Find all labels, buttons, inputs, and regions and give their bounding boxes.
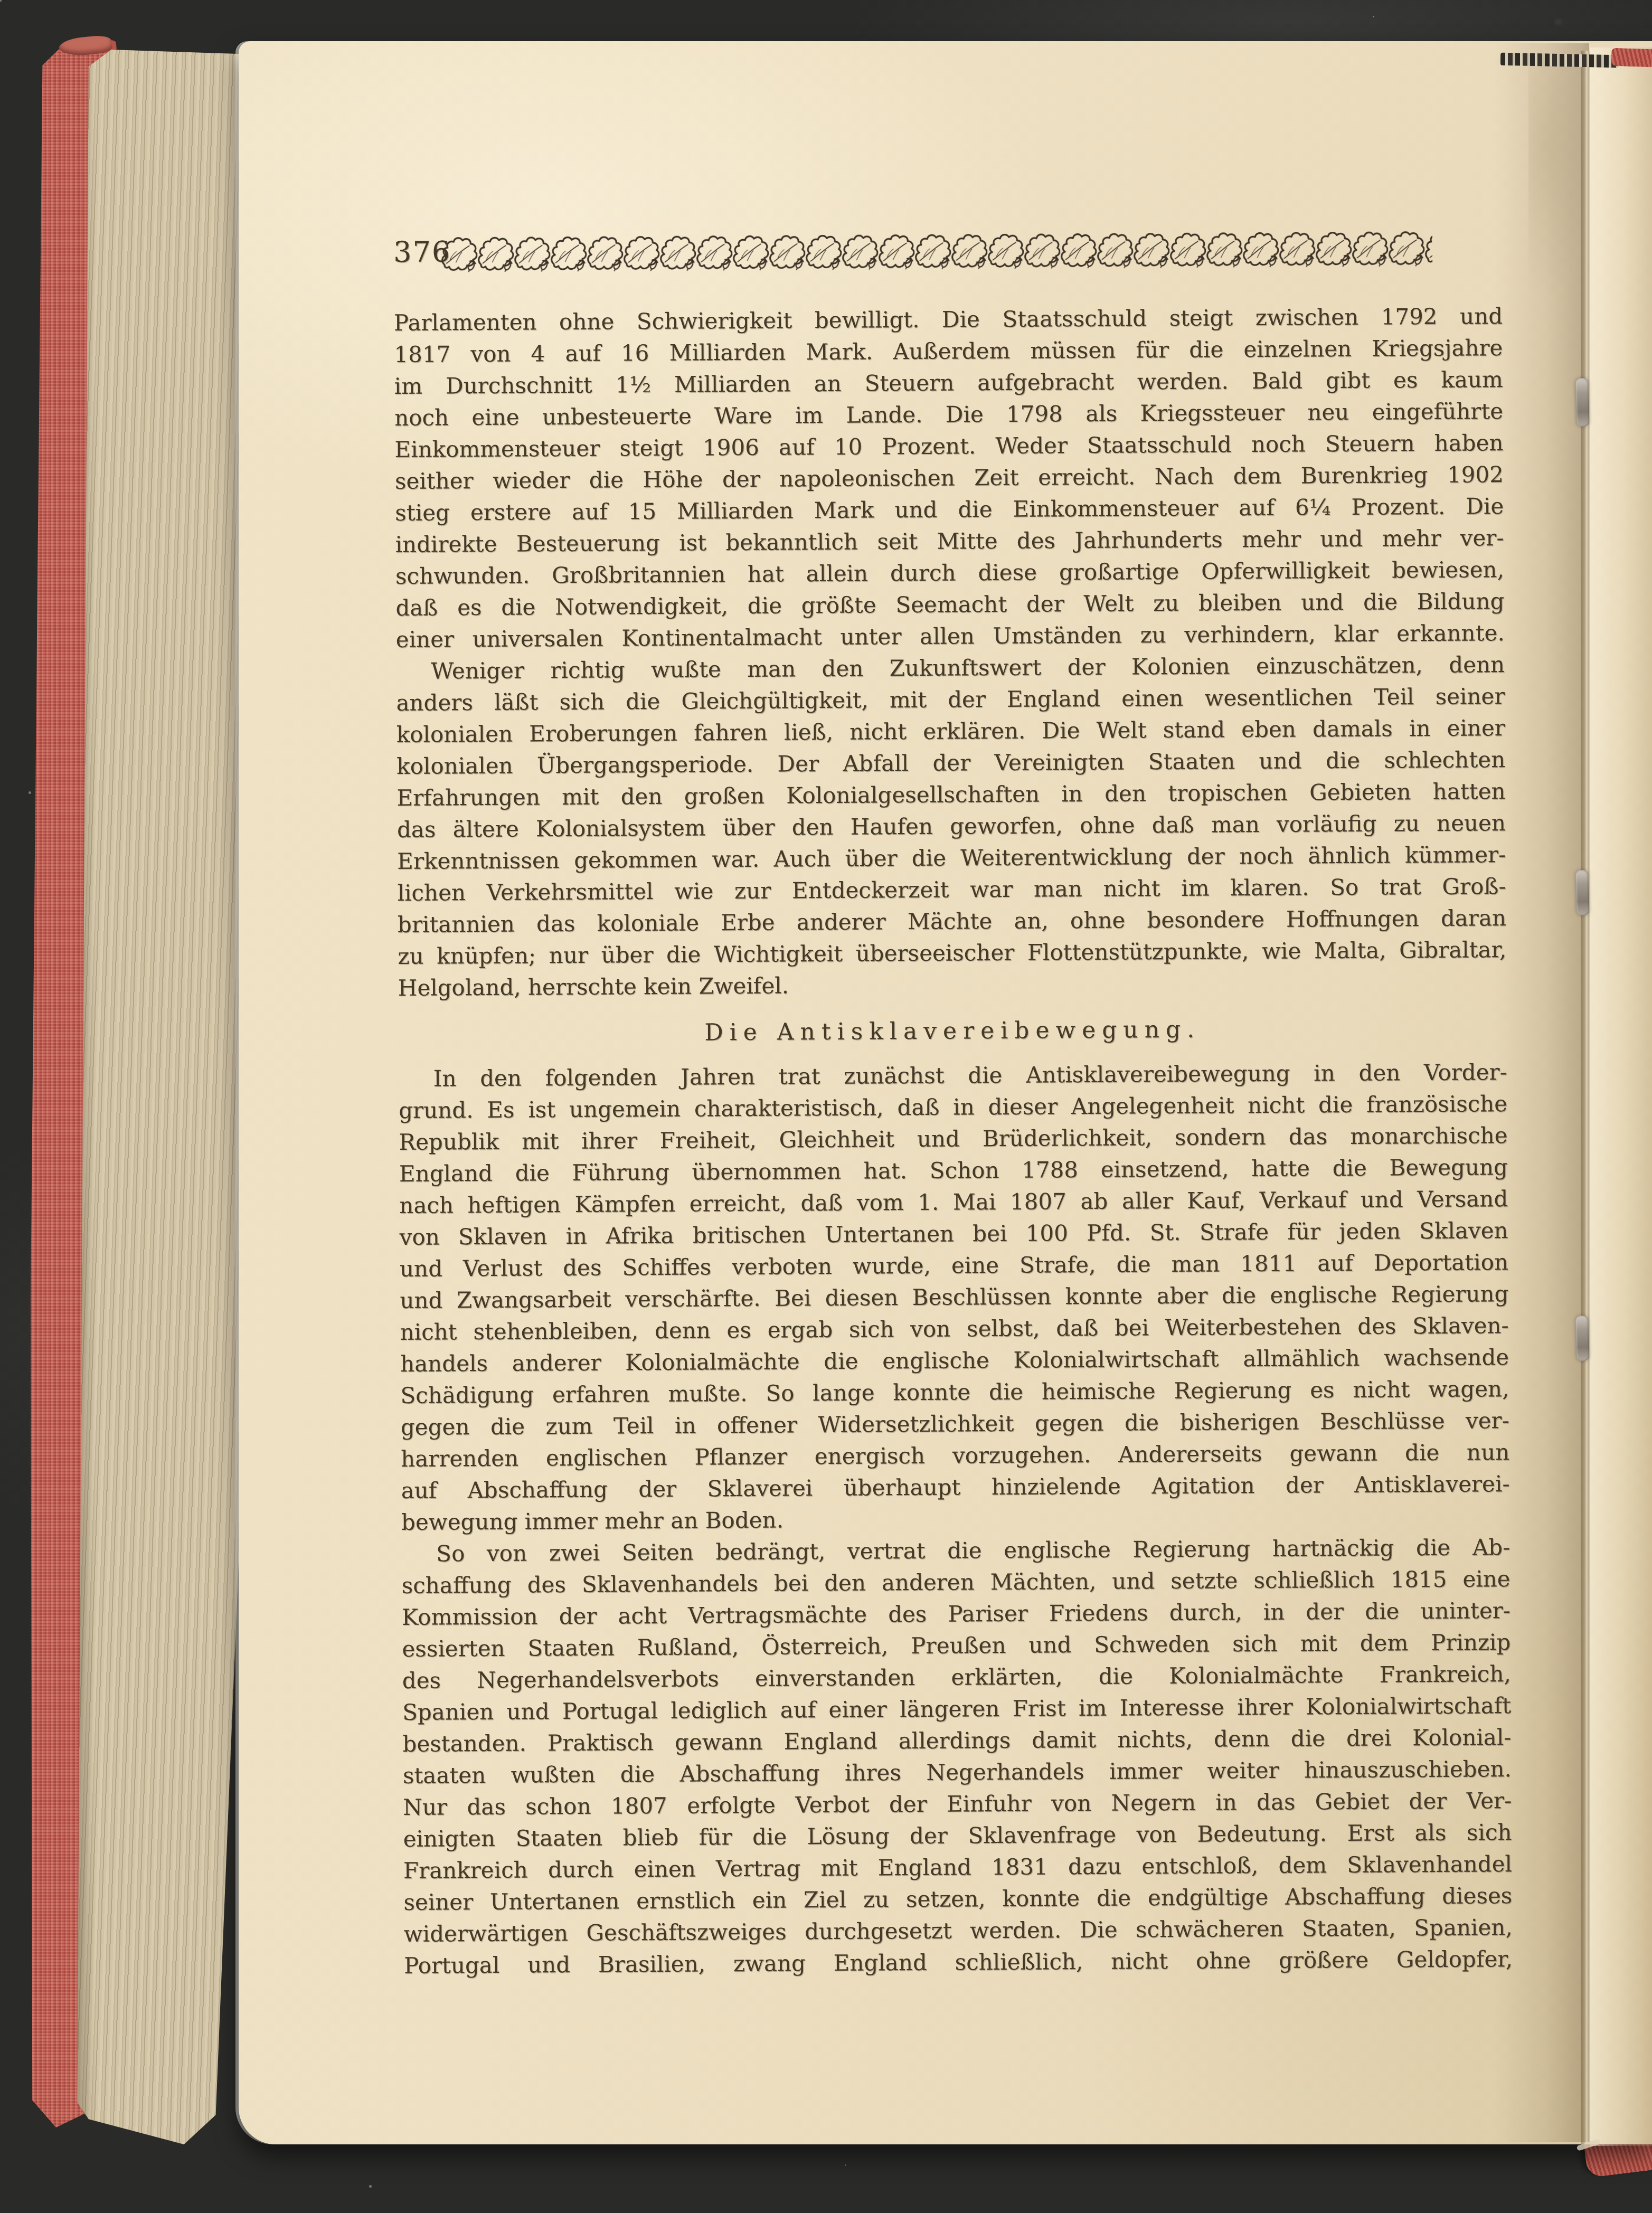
staple-icon (1575, 870, 1589, 916)
text-line: Helgoland, herrschte kein Zweifel. (398, 966, 1507, 1004)
paragraph: In den folgenden Jahren trat zunächst di… (399, 1056, 1510, 1538)
oak-leaf-ornament-border (441, 227, 1432, 276)
staple-icon (1575, 378, 1589, 427)
text-line: Portugal und Brasilien, zwang England sc… (404, 1943, 1513, 1982)
staple-icon (1575, 1316, 1589, 1361)
paragraph: Weniger richtig wußte man den Zukunftswe… (396, 649, 1507, 1004)
section-heading: Die Antisklavereibewegung. (398, 1013, 1507, 1049)
text-line: auf Abschaffung der Sklaverei überhaupt … (401, 1468, 1509, 1507)
center-fold (1581, 51, 1590, 2144)
paragraph: So von zwei Seiten bedrängt, vertrat die… (401, 1531, 1513, 1982)
printed-text-block: 376 (393, 226, 1513, 1982)
text-line: zu knüpfen; nur über die Wichtigkeit übe… (398, 934, 1506, 972)
scanned-book-page-photo: 376 (0, 0, 1652, 2213)
facing-page-strip (1590, 48, 1652, 2146)
paragraph: Parlamenten ohne Schwierigkeit bewilligt… (394, 300, 1505, 656)
headband-red-cloth (1611, 48, 1652, 68)
headband-braid (1500, 53, 1619, 68)
running-header: 376 (393, 226, 1502, 277)
dust-specks (0, 0, 2, 2)
text-flow: Parlamenten ohne Schwierigkeit bewilligt… (394, 300, 1513, 1982)
